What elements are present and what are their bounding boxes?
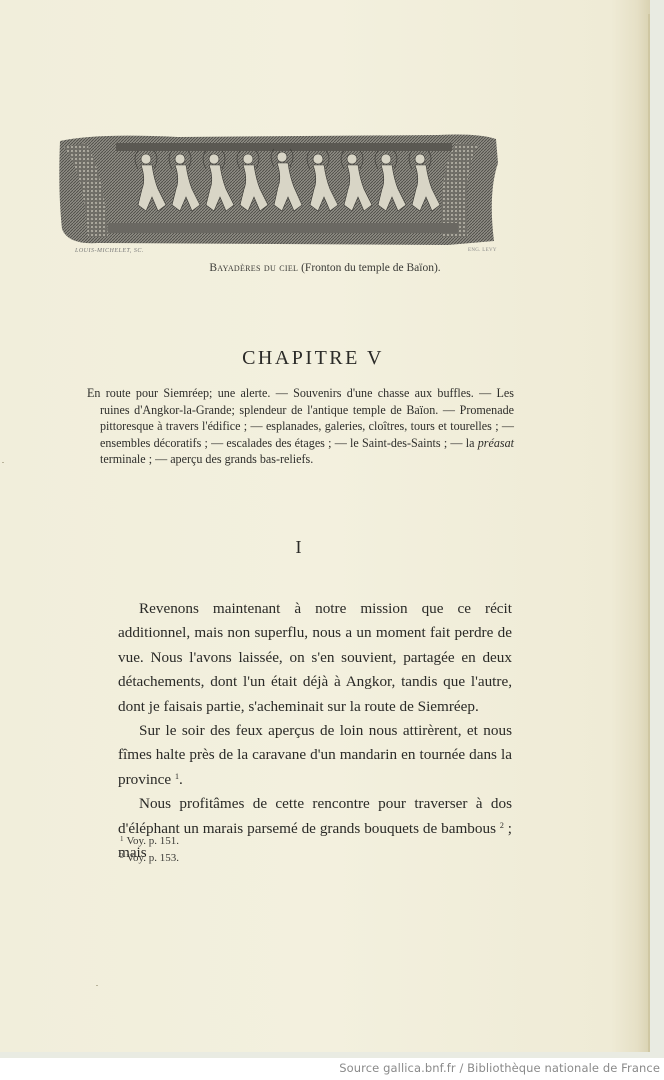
summary-text: En route pour Siemréep; une alerte. — So…	[87, 386, 514, 450]
paper-speck	[2, 462, 4, 463]
footnote: 1Voy. p. 151.	[120, 832, 179, 849]
engraver-credit-right: ENG. LEVY	[468, 248, 497, 253]
paragraph-text: Revenons maintenant à notre mission que …	[118, 600, 512, 715]
footnote-mark: 2	[120, 852, 124, 860]
paragraph-text: Nous profitâmes de cette rencontre pour …	[118, 795, 512, 836]
chapter-summary: En route pour Siemréep; une alerte. — So…	[87, 385, 514, 468]
paragraph: Revenons maintenant à notre mission que …	[118, 597, 512, 719]
footnote-text: Voy. p. 153.	[127, 852, 180, 864]
caption-title: Bayadères du ciel	[209, 262, 298, 274]
footnotes: 1Voy. p. 151. 2Voy. p. 153.	[120, 832, 179, 865]
body-text: Revenons maintenant à notre mission que …	[118, 597, 512, 865]
page-edge	[648, 14, 650, 1052]
paragraph-text-end: .	[179, 771, 183, 788]
footnote: 2Voy. p. 153.	[120, 849, 179, 866]
figure-caption: Bayadères du ciel (Fronton du temple de …	[0, 262, 650, 274]
relief-engraving-icon	[58, 133, 500, 247]
summary-italic-term: préasat	[478, 436, 514, 450]
relief-engraving-image	[58, 133, 500, 247]
source-attribution: Source gallica.bnf.fr / Bibliothèque nat…	[339, 1061, 660, 1075]
section-numeral: I	[0, 537, 597, 558]
caption-subtitle: (Fronton du temple de Baïon).	[298, 262, 440, 274]
chapter-title: CHAPITRE V	[0, 347, 626, 370]
summary-text-end: terminale ; — aperçu des grands bas-reli…	[100, 452, 313, 466]
summary-paragraph: En route pour Siemréep; une alerte. — So…	[87, 385, 514, 468]
footnote-mark: 1	[120, 835, 124, 843]
footnote-text: Voy. p. 151.	[127, 835, 180, 847]
paper-speck	[96, 985, 98, 986]
paragraph: Sur le soir des feux aperçus de loin nou…	[118, 719, 512, 792]
engraver-credit-left: LOUIS-MICHELET, SC.	[75, 248, 144, 254]
